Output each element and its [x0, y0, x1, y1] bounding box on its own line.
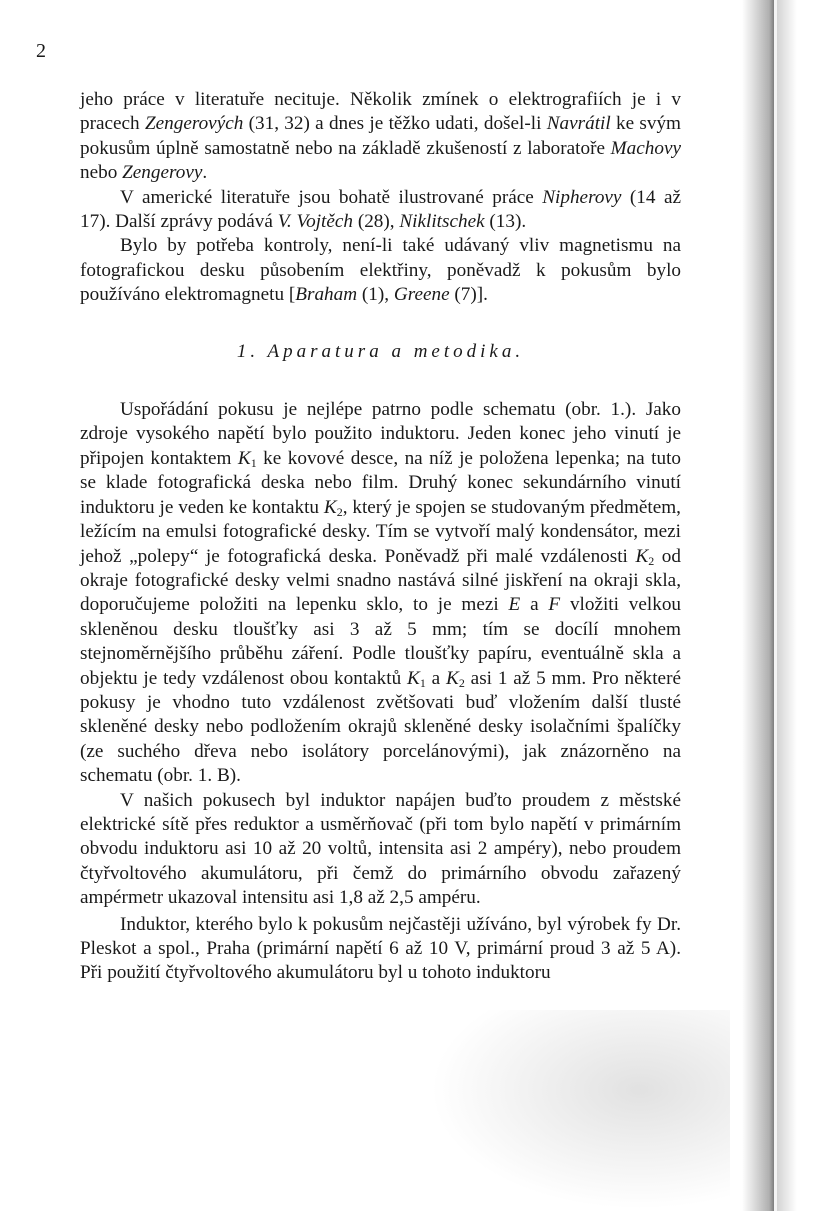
math-symbol: K	[324, 497, 337, 518]
text-run: (13).	[485, 211, 527, 232]
paragraph-5: V našich pokusech byl induktor napájen b…	[80, 789, 681, 911]
author-name: Greene	[394, 284, 450, 305]
text-run: a	[426, 668, 446, 689]
author-name: V. Vojtěch	[278, 211, 353, 232]
text-run: a	[520, 594, 548, 615]
author-name: Navrátil	[547, 113, 611, 134]
text-run: (1),	[357, 284, 394, 305]
paragraph-1: jeho práce v literatuře necituje. Několi…	[80, 88, 681, 186]
text-run: .	[202, 162, 207, 183]
page-gutter-shadow	[742, 0, 774, 1211]
text-run: V našich pokusech byl induktor napájen b…	[80, 790, 681, 909]
next-page-edge-shadow	[777, 0, 797, 1211]
math-symbol: K	[238, 448, 251, 469]
math-symbol: E	[509, 594, 521, 615]
text-run: V americké literatuře jsou bohatě ilustr…	[120, 187, 542, 208]
math-symbol: K	[407, 668, 420, 689]
author-name: Zengerových	[145, 113, 243, 134]
math-symbol: K	[635, 546, 648, 567]
paragraph-6: Induktor, kterého bylo k pokusům nejčast…	[80, 913, 681, 986]
author-name: Braham	[295, 284, 357, 305]
text-run: (7)].	[450, 284, 488, 305]
paragraph-2: V americké literatuře jsou bohatě ilustr…	[80, 186, 681, 235]
math-symbol: K	[446, 668, 459, 689]
text-run: (31, 32) a dnes je těžko udati, došel-li	[243, 113, 546, 134]
paragraph-4: Uspořádání pokusu je nejlépe patrno podl…	[80, 398, 681, 789]
author-name: Machovy	[611, 138, 681, 159]
math-symbol: F	[548, 594, 560, 615]
author-name: Nipherovy	[542, 187, 621, 208]
text-run: nebo	[80, 162, 122, 183]
text-run: (28),	[353, 211, 399, 232]
author-name: Zengerovy	[122, 162, 202, 183]
text-run: Induktor, kterého bylo k pokusům nejčast…	[80, 914, 681, 984]
paragraph-3: Bylo by potřeba kontroly, není-li také u…	[80, 234, 681, 307]
page-number: 2	[36, 40, 46, 63]
scan-smudge	[430, 1010, 730, 1210]
section-heading: 1. Aparatura a metodika.	[80, 340, 681, 364]
author-name: Niklitschek	[399, 211, 484, 232]
body-text: jeho práce v literatuře necituje. Několi…	[80, 88, 681, 986]
